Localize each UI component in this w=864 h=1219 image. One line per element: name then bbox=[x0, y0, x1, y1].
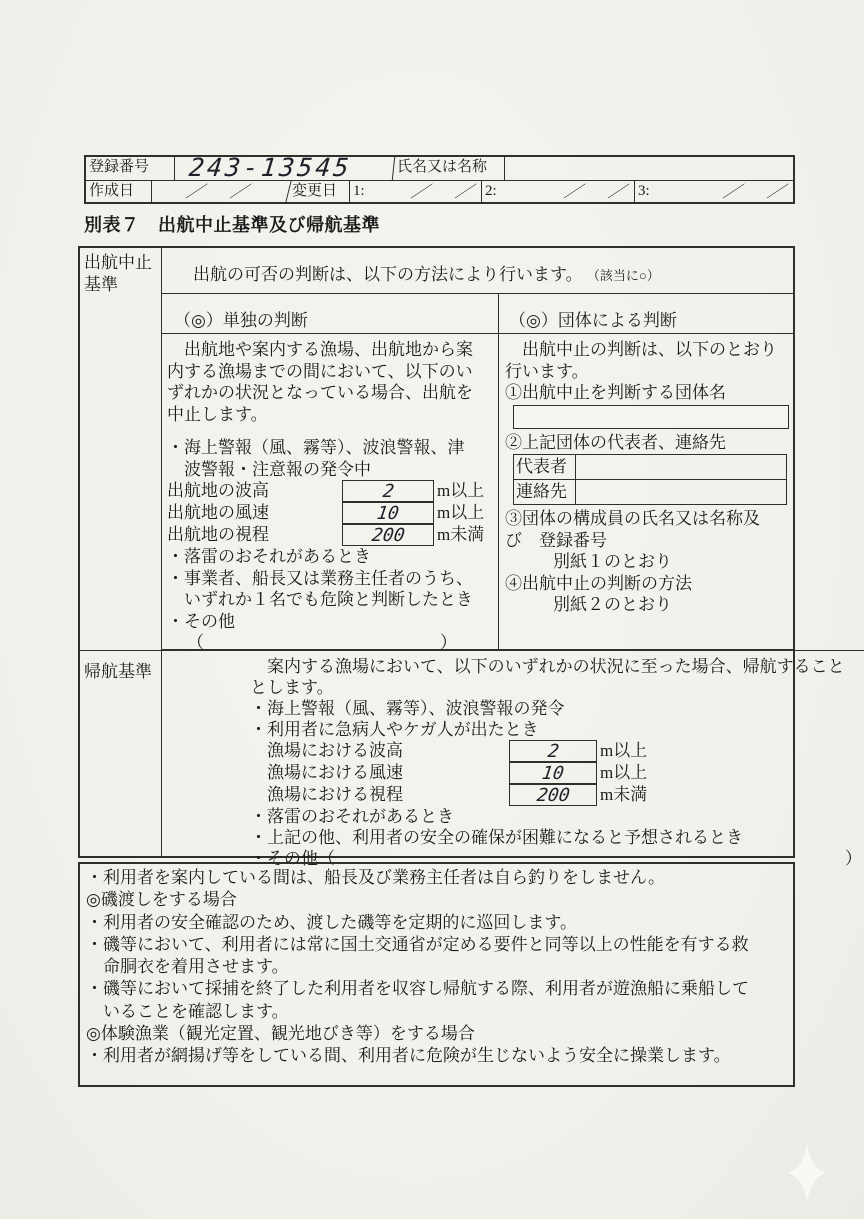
change-slot-2-slashes: ／ ／ bbox=[562, 181, 633, 202]
note-line: ・利用者を案内している間は、船長及び業務主任者は自ら釣りをしません。 bbox=[86, 867, 793, 889]
return-para-line: 案内する漁場において、以下のいずれかの状況に至った場合、帰航すること bbox=[250, 656, 864, 677]
group-para-line: 行います。 bbox=[505, 361, 793, 383]
single-para-line: 出航地や案内する漁場、出航地から案 bbox=[167, 339, 498, 361]
single-bullet: ・落雷のおそれがあるとき bbox=[167, 546, 498, 568]
single-judgement-cell: 出航地や案内する漁場、出航地から案 内する漁場までの間において、以下のい ずれか… bbox=[162, 334, 499, 649]
measure-unit: m以上 bbox=[434, 502, 484, 524]
paren-close: ） bbox=[845, 848, 862, 869]
single-warning-line: 波警報・注意報の発令中 bbox=[167, 459, 498, 481]
return-wave-height-value-box[interactable]: 2 bbox=[509, 740, 597, 762]
group-para-line: 出航中止の判断は、以下のとおり bbox=[505, 339, 793, 361]
measure-label: 漁場における風速 bbox=[250, 762, 509, 784]
name-value-field[interactable] bbox=[505, 157, 793, 180]
change-slot-1-slashes: ／ ／ bbox=[409, 181, 480, 202]
note-line: ・磯等において採捕を終了した利用者を収容し帰航する際、利用者が遊漁船に乗船して bbox=[86, 978, 793, 1000]
return-label-cell-border: 帰航基準 bbox=[80, 650, 162, 858]
contact-value-field[interactable] bbox=[576, 480, 786, 504]
wind-speed-value-box[interactable]: 10 bbox=[342, 502, 434, 524]
group-name-field[interactable] bbox=[513, 405, 789, 429]
criteria-table: 出航中止 基準 帰航基準 出航の可否の判断は、以下の方法により行います。 （該当… bbox=[78, 246, 795, 858]
return-measure-row-wave: 漁場における波高 2 m以上 bbox=[250, 740, 864, 762]
single-judgement-header: （◎）単独の判断 bbox=[162, 294, 499, 333]
contact-label: 連絡先 bbox=[514, 480, 576, 504]
group-item-3-line: び 登録番号 bbox=[505, 530, 793, 552]
representative-contact-table: 代表者 連絡先 bbox=[513, 454, 787, 505]
representative-label: 代表者 bbox=[514, 455, 576, 479]
visibility-value: 200 bbox=[370, 526, 405, 546]
group-judgement-header: （◎）団体による判断 bbox=[499, 294, 793, 333]
header-table: 登録番号 243-13545 氏名又は名称 作成日 ／ ／ 変更日 1: ／ ／… bbox=[84, 155, 795, 204]
return-bullet: ・海上警報（風、霧等）、波浪警報の発令 bbox=[250, 698, 864, 719]
return-measure-row-wind: 漁場における風速 10 m以上 bbox=[250, 762, 864, 784]
return-para-line: とします。 bbox=[250, 677, 864, 698]
note-line-continuation: 命胴衣を着用させます。 bbox=[86, 956, 793, 978]
return-visibility-value-box[interactable]: 200 bbox=[509, 784, 597, 806]
departure-label-line2: 基準 bbox=[84, 274, 152, 296]
registration-number-value[interactable]: 243-13545 bbox=[174, 157, 395, 180]
measure-label: 漁場における視程 bbox=[250, 784, 509, 806]
judgement-header-row: （◎）単独の判断 （◎）団体による判断 bbox=[162, 294, 793, 334]
header-row-registration: 登録番号 243-13545 氏名又は名称 bbox=[86, 157, 793, 181]
group-item-2: ②上記団体の代表者、連絡先 bbox=[505, 432, 793, 454]
measure-label: 出航地の風速 bbox=[167, 502, 342, 524]
watermark-star-icon bbox=[788, 1142, 826, 1204]
name-label: 氏名又は名称 bbox=[394, 157, 505, 180]
representative-value-field[interactable] bbox=[576, 455, 786, 479]
visibility-value-box[interactable]: 200 bbox=[342, 524, 434, 546]
return-visibility-value: 200 bbox=[535, 786, 570, 806]
change-date-slot-2[interactable]: 2: ／ ／ bbox=[482, 181, 635, 202]
representative-row: 代表者 bbox=[514, 455, 786, 480]
form-title: 別表７ 出航中止基準及び帰航基準 bbox=[84, 211, 380, 237]
note-line: ・利用者が網揚げ等をしている間、利用者に危険が生じないよう安全に操業します。 bbox=[86, 1045, 793, 1067]
wave-height-value-box[interactable]: 2 bbox=[342, 480, 434, 502]
group-item-3-line: ③団体の構成員の氏名又は名称及 bbox=[505, 508, 793, 530]
change-slot-2-prefix: 2: bbox=[485, 181, 497, 202]
change-slot-3-prefix: 3: bbox=[638, 181, 650, 202]
measure-label: 出航地の波高 bbox=[167, 480, 342, 502]
note-line-continuation: いることを確認します。 bbox=[86, 1001, 793, 1023]
measure-row-visibility: 出航地の視程 200 m未満 bbox=[167, 524, 498, 546]
note-line: ・利用者の安全確認のため、渡した磯等を定期的に巡回します。 bbox=[86, 912, 793, 934]
wave-height-value: 2 bbox=[381, 482, 395, 502]
change-date-slot-3[interactable]: 3: ／ ／ bbox=[635, 181, 793, 202]
header-row-dates: 作成日 ／ ／ 変更日 1: ／ ／ 2: ／ ／ 3: ／ ／ bbox=[86, 181, 793, 202]
note-line: ◎体験漁業（観光定置、観光地びき等）をする場合 bbox=[86, 1023, 793, 1045]
wind-speed-value: 10 bbox=[376, 504, 400, 524]
return-wind-speed-value-box[interactable]: 10 bbox=[509, 762, 597, 784]
measure-unit: m以上 bbox=[597, 762, 647, 784]
group-judgement-cell: 出航中止の判断は、以下のとおり 行います。 ①出航中止を判断する団体名 ②上記団… bbox=[499, 334, 793, 649]
return-bullet: ・上記の他、利用者の安全の確保が困難になると予想されるとき bbox=[250, 827, 864, 848]
measure-unit: m未満 bbox=[434, 524, 484, 546]
single-bullet: ・その他 bbox=[167, 611, 498, 633]
return-bullet: ・利用者に急病人やケガ人が出たとき bbox=[250, 719, 864, 740]
measure-label: 出航地の視程 bbox=[167, 524, 342, 546]
measure-unit: m以上 bbox=[597, 740, 647, 762]
departure-label-line1: 出航中止 bbox=[84, 252, 152, 274]
departure-intro-row: 出航の可否の判断は、以下の方法により行います。 （該当に○） bbox=[162, 248, 793, 294]
measure-row-wave: 出航地の波高 2 m以上 bbox=[167, 480, 498, 502]
note-line: ◎磯渡しをする場合 bbox=[86, 889, 793, 911]
departure-criteria-row-label: 出航中止 基準 bbox=[84, 252, 152, 296]
change-date-slot-1[interactable]: 1: ／ ／ bbox=[350, 181, 482, 202]
return-content-cell: 案内する漁場において、以下のいずれかの状況に至った場合、帰航すること とします。… bbox=[244, 651, 864, 858]
single-bullet: ・事業者、船長又は業務主任者のうち、 bbox=[167, 568, 498, 590]
single-para-line: 中止します。 bbox=[167, 404, 498, 426]
row-label-column: 出航中止 基準 帰航基準 bbox=[80, 248, 162, 856]
group-item-4-note: 別紙２のとおり bbox=[505, 594, 793, 616]
group-item-1: ①出航中止を判断する団体名 bbox=[505, 382, 793, 404]
return-wave-height-value: 2 bbox=[546, 742, 560, 762]
contact-row: 連絡先 bbox=[514, 480, 786, 504]
group-item-3-note: 別紙１のとおり bbox=[505, 551, 793, 573]
scanned-form-page: 登録番号 243-13545 氏名又は名称 作成日 ／ ／ 変更日 1: ／ ／… bbox=[0, 0, 864, 1219]
departure-intro-note: （該当に○） bbox=[587, 268, 660, 283]
return-wind-speed-value: 10 bbox=[541, 764, 565, 784]
single-para-line: 内する漁場までの間において、以下のい bbox=[167, 361, 498, 383]
judgement-content-row: 出航地や案内する漁場、出航地から案 内する漁場までの間において、以下のい ずれか… bbox=[162, 334, 793, 650]
registration-number-label: 登録番号 bbox=[86, 157, 175, 180]
general-notes-box: ・利用者を案内している間は、船長及び業務主任者は自ら釣りをしません。 ◎磯渡しを… bbox=[78, 862, 795, 1087]
departure-intro-text: 出航の可否の判断は、以下の方法により行います。 bbox=[176, 265, 583, 284]
measure-row-wind: 出航地の風速 10 m以上 bbox=[167, 502, 498, 524]
created-date-label: 作成日 bbox=[86, 181, 152, 202]
single-para-line: ずれかの状況となっている場合、出航を bbox=[167, 382, 498, 404]
measure-unit: m以上 bbox=[434, 480, 484, 502]
created-date-field[interactable]: ／ ／ bbox=[149, 181, 291, 202]
single-bullet: いずれか１名でも危険と判断したとき bbox=[167, 589, 498, 611]
change-slot-1-prefix: 1: bbox=[353, 181, 365, 202]
measure-unit: m未満 bbox=[597, 784, 647, 806]
single-warning-line: ・海上警報（風、霧等）、波浪警報、津 bbox=[167, 437, 498, 459]
measure-label: 漁場における波高 bbox=[250, 740, 509, 762]
change-slot-3-slashes: ／ ／ bbox=[721, 181, 792, 202]
return-criteria-row: 案内する漁場において、以下のいずれかの状況に至った場合、帰航すること とします。… bbox=[162, 650, 864, 858]
return-measure-row-visibility: 漁場における視程 200 m未満 bbox=[250, 784, 864, 806]
note-line: ・磯等において、利用者には常に国土交通省が定める要件と同等以上の性能を有する救 bbox=[86, 934, 793, 956]
changed-date-label: 変更日 bbox=[289, 181, 350, 202]
return-criteria-row-label: 帰航基準 bbox=[84, 657, 152, 682]
return-bullet: ・落雷のおそれがあるとき bbox=[250, 806, 864, 827]
group-item-4: ④出航中止の判断の方法 bbox=[505, 573, 793, 595]
